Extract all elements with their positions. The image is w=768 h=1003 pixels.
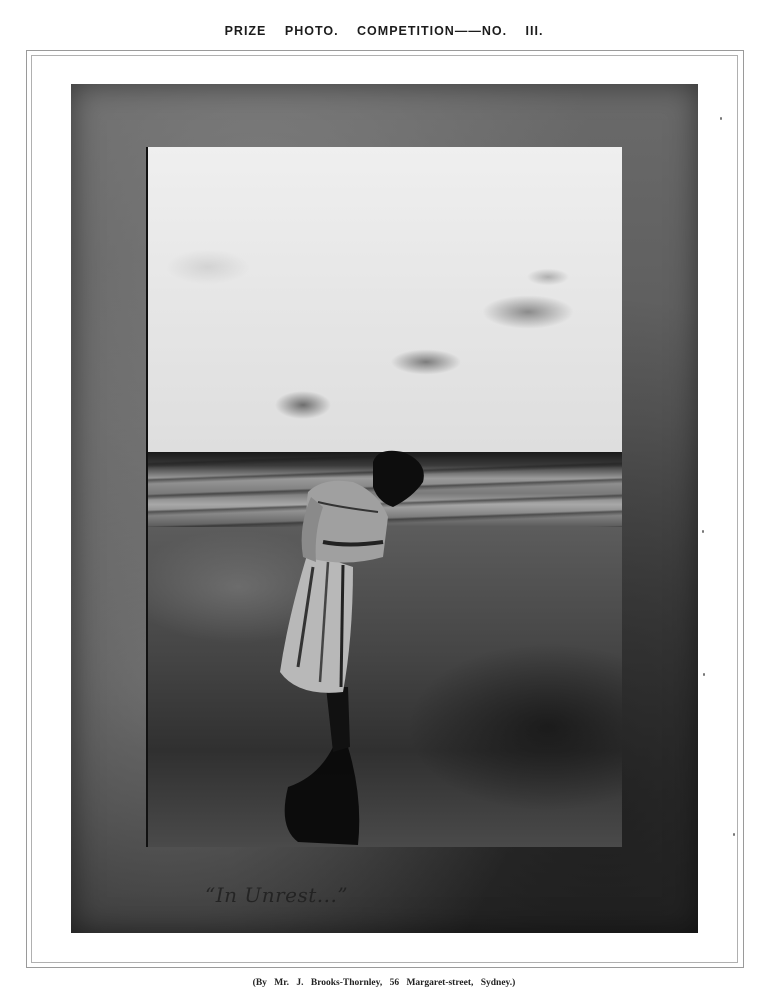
photograph [146, 147, 622, 847]
print-speck [720, 117, 722, 120]
page-title: PRIZE PHOTO. COMPETITION——NO. III. [0, 24, 768, 38]
photo-signature: “In Unrest...” [205, 883, 348, 907]
print-speck [703, 673, 705, 676]
photo-credit: (By Mr. J. Brooks-Thornley, 56 Margaret-… [0, 978, 768, 988]
woman-figure [148, 147, 622, 847]
print-speck [733, 833, 735, 836]
print-speck [702, 530, 704, 533]
